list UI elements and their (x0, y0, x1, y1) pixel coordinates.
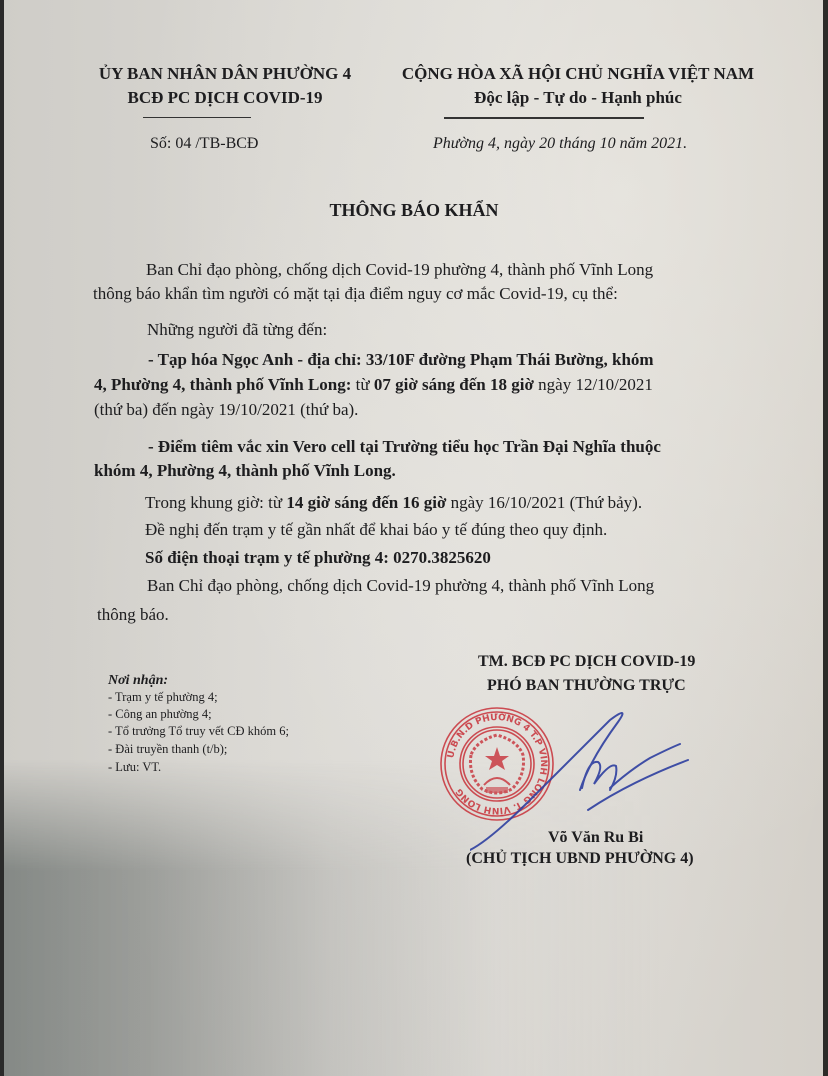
location-1-line-1: - Tạp hóa Ngọc Anh - địa chỉ: 33/10F đườ… (148, 350, 654, 370)
document-date: Phường 4, ngày 20 tháng 10 năm 2021. (433, 134, 687, 154)
committee-name: BCĐ PC DỊCH COVID-19 (70, 86, 380, 110)
photo-edge-right (823, 0, 828, 1076)
recipient-item: - Đài truyền thanh (t/b); (108, 741, 227, 757)
photo-shadow (0, 760, 828, 1076)
location-1-line-2: 4, Phường 4, thành phố Vĩnh Long: từ 07 … (94, 375, 653, 395)
request-text: Đề nghị đến trạm y tế gần nhất để khai b… (145, 520, 607, 540)
recipients-title: Nơi nhận: (108, 671, 168, 691)
divider-right (444, 117, 644, 119)
country-name: CỘNG HÒA XÃ HỘI CHỦ NGHĨA VIỆT NAM (378, 62, 778, 86)
photo-edge-left (0, 0, 4, 1076)
national-motto: CỘNG HÒA XÃ HỘI CHỦ NGHĨA VIỆT NAM Độc l… (378, 62, 778, 110)
location-1-line-3: (thứ ba) đến ngày 19/10/2021 (thứ ba). (94, 400, 358, 420)
intro-line-2: thông báo khẩn tìm người có mặt tại địa … (93, 284, 618, 304)
document-number: Số: 04 /TB-BCĐ (150, 134, 258, 154)
recipient-item: - Lưu: VT. (108, 759, 161, 775)
timeframe: Trong khung giờ: từ 14 giờ sáng đến 16 g… (145, 493, 642, 513)
intro-line-1: Ban Chỉ đạo phòng, chống dịch Covid-19 p… (146, 260, 653, 280)
closing-line-2: thông báo. (97, 605, 169, 625)
location-2-line-1: - Điểm tiêm vắc xin Vero cell tại Trường… (148, 437, 661, 457)
motto: Độc lập - Tự do - Hạnh phúc (378, 86, 778, 110)
recipient-item: - Trạm y tế phường 4; (108, 689, 218, 705)
phone-number: Số điện thoại trạm y tế phường 4: 0270.3… (145, 548, 491, 568)
signer-position: (CHỦ TỊCH UBND PHƯỜNG 4) (466, 849, 694, 869)
closing-line-1: Ban Chỉ đạo phòng, chống dịch Covid-19 p… (147, 576, 654, 596)
location-1-address: 4, Phường 4, thành phố Vĩnh Long: (94, 375, 351, 394)
divider-left (143, 117, 251, 118)
timeframe-hours: 14 giờ sáng đến 16 giờ (286, 493, 446, 512)
issuing-authority: ỦY BAN NHÂN DÂN PHƯỜNG 4 BCĐ PC DỊCH COV… (70, 62, 380, 110)
visited-label: Những người đã từng đến: (147, 320, 327, 340)
signature-title: PHÓ BAN THƯỜNG TRỰC (487, 676, 686, 696)
document-title: THÔNG BÁO KHẨN (0, 200, 828, 220)
signature-org: TM. BCĐ PC DỊCH COVID-19 (478, 652, 695, 672)
recipient-item: - Công an phường 4; (108, 706, 212, 722)
location-1-hours: 07 giờ sáng đến 18 giờ (374, 375, 534, 394)
authority-name: ỦY BAN NHÂN DÂN PHƯỜNG 4 (70, 62, 380, 86)
recipient-item: - Tổ trưởng Tổ truy vết CĐ khóm 6; (108, 723, 289, 739)
signer-name: Võ Văn Ru Bi (548, 828, 643, 848)
location-2-line-2: khóm 4, Phường 4, thành phố Vĩnh Long. (94, 461, 396, 481)
